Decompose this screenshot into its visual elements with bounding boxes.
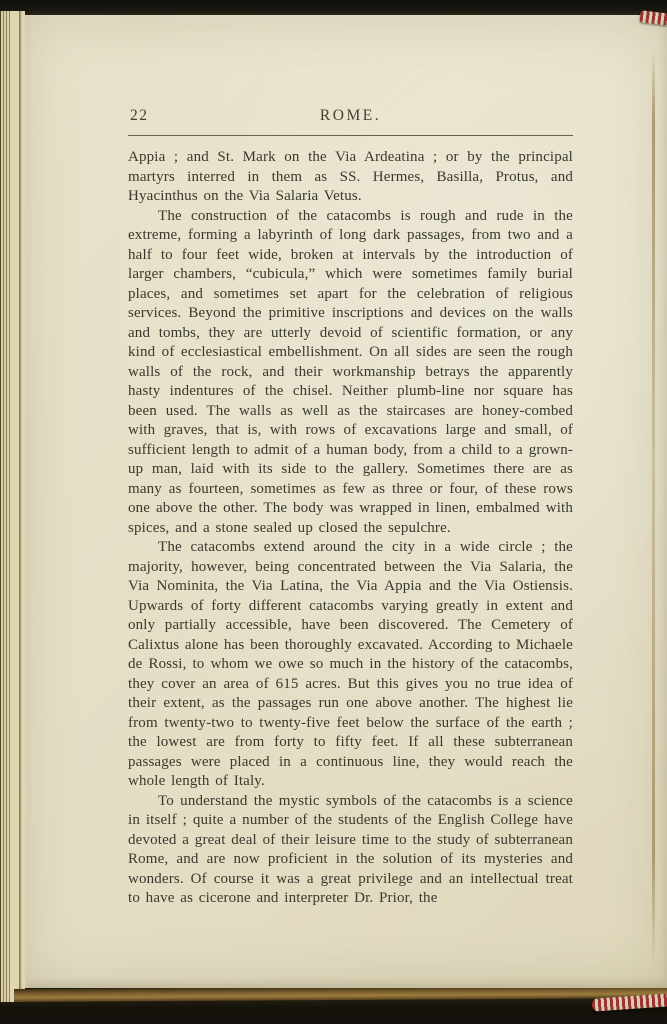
page-content: 22 ROME. Appia ; and St. Mark on the Via…	[25, 107, 667, 909]
paragraph-extent: The catacombs extend around the city in …	[128, 538, 573, 792]
page-text: Appia ; and St. Mark on the Via Ardeatin…	[128, 148, 573, 909]
page-edges-left	[0, 11, 25, 1002]
paragraph-continuation: Appia ; and St. Mark on the Via Ardeatin…	[128, 148, 573, 207]
book-page: 22 ROME. Appia ; and St. Mark on the Via…	[25, 15, 667, 988]
header-rule	[128, 135, 573, 136]
page-number: 22	[130, 107, 149, 125]
paragraph-construction: The construction of the catacombs is rou…	[128, 207, 573, 539]
running-title: ROME.	[128, 107, 573, 125]
book-scan-photo: 22 ROME. Appia ; and St. Mark on the Via…	[0, 0, 667, 1024]
book-cover-cloth-top	[0, 0, 667, 15]
running-header: 22 ROME.	[128, 107, 573, 129]
paragraph-symbols: To understand the mystic symbols of the …	[128, 792, 573, 909]
book-cover-cloth-bottom	[0, 999, 667, 1024]
